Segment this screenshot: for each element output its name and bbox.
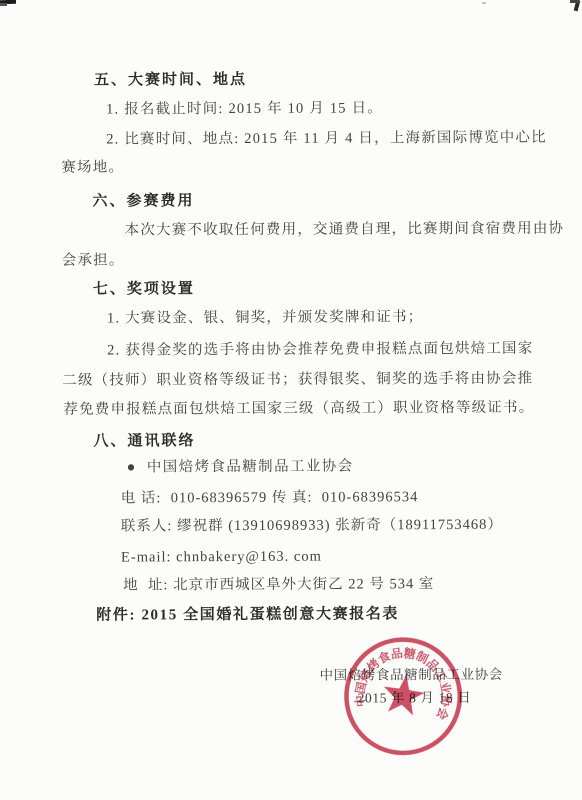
scan-artifact-top-right-2 xyxy=(570,0,579,3)
contact-person-line: 联系人: 缪祝群 (13910698933) 张新奇（18911753468） xyxy=(121,517,503,535)
doc-line: 本次大赛不收取任何费用，交通费自理，比赛期间食宿费用由协 xyxy=(125,221,565,239)
section-heading-8: 八、通讯联络 xyxy=(93,433,195,449)
section-heading-6: 六、参赛费用 xyxy=(92,193,194,209)
doc-line: 荐免费申报糕点面包烘焙工国家三级（高级工）职业资格等级证书。 xyxy=(63,400,534,418)
attachment-line: 附件: 2015 全国婚礼蛋糕创意大赛报名表 xyxy=(96,606,399,623)
email-line: E-mail: chnbakery@163. com xyxy=(121,549,322,566)
doc-line: 二级（技师）职业资格等级证书；获得银奖、铜奖的选手将由协会推 xyxy=(62,371,533,389)
section-heading-7: 七、奖项设置 xyxy=(93,281,195,297)
phone-fax-line: 电 话: 010-68396579 传 真: 010-68396534 xyxy=(121,489,419,506)
section-heading-5: 五、大赛时间、地点 xyxy=(94,72,247,89)
doc-line: 1. 大赛设金、银、铜奖，并颁发奖牌和证书； xyxy=(107,309,423,326)
scan-artifact-speck xyxy=(482,2,486,4)
address-line: 地 址: 北京市西城区阜外大街乙 22 号 534 室 xyxy=(123,576,434,593)
document-content: 五、大赛时间、地点 1. 报名截止时间: 2015 年 10 月 15 日。 2… xyxy=(0,0,582,800)
seal-star-icon xyxy=(380,672,426,717)
doc-line: 赛场地。 xyxy=(61,159,124,175)
doc-line: 1. 报名截止时间: 2015 年 10 月 15 日。 xyxy=(106,100,383,117)
doc-line: 2. 比赛时间、地点: 2015 年 11 月 4 日，上海新国际博览中心比 xyxy=(106,130,547,148)
association-bullet-line: ● 中国焙烤食品糖制品工业协会 xyxy=(127,458,354,475)
doc-line: 会承担。 xyxy=(62,252,125,268)
scan-artifact-top-left-2 xyxy=(0,3,7,6)
doc-line: 2. 获得金奖的选手将由协会推荐免费申报糕点面包烘焙工国家 xyxy=(107,341,533,359)
scanned-document-page: 五、大赛时间、地点 1. 报名截止时间: 2015 年 10 月 15 日。 2… xyxy=(0,0,582,800)
official-seal-stamp: 中国焙烤食品糖制品工业协会 xyxy=(333,626,473,767)
